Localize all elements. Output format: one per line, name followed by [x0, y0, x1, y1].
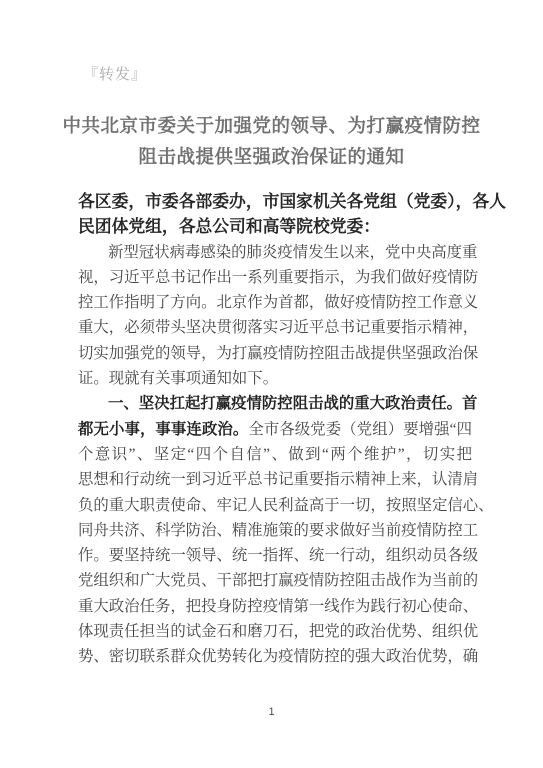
- text-segment: 势、密切联系群众优势转化为疫情防控的强大政治优势，确: [78, 648, 478, 665]
- text-line: 一、坚决扛起打赢疫情防控阻击战的重大政治责任。首: [78, 391, 472, 416]
- document-page: 『转发』 中共北京市委关于加强党的领导、为打赢疫情防控 阻击战提供坚强政治保证的…: [0, 0, 543, 768]
- text-segment: 负的重大职责使命、牢记人民利益高于一切，按照坚定信心、: [78, 497, 494, 514]
- text-segment: 思想和行动统一到习近平总书记重要指示精神上来，认清肩: [78, 471, 478, 488]
- text-segment: 重大，必须带头坚决贯彻落实习近平总书记重要指示精神，: [78, 319, 478, 336]
- text-segment: 体现责任担当的试金石和磨刀石，把党的政治优势、组织优: [78, 623, 478, 640]
- title-line-1: 中共北京市委关于加强党的领导、为打赢疫情防控: [30, 112, 513, 143]
- text-line: 控工作指明了方向。北京作为首都，做好疫情防控工作意义: [78, 290, 472, 315]
- text-segment: 同舟共济、科学防治、精准施策的要求做好当前疫情防控工: [78, 522, 478, 539]
- text-line: 作。要坚持统一领导、统一指挥、统一行动，组织动员各级: [78, 543, 472, 568]
- text-line: 各区委，市委各部委办，市国家机关各党组（党委），各人: [78, 189, 472, 214]
- text-line: 视，习近平总书记作出一系列重要指示，为我们做好疫情防: [78, 265, 472, 290]
- text-line: 都无小事，事事连政治。全市各级党委（党组）要增强“四: [78, 417, 472, 442]
- bold-text-segment: 都无小事，事事连政治。: [78, 421, 248, 438]
- page-number: 1: [0, 706, 543, 718]
- text-segment: 作。要坚持统一领导、统一指挥、统一行动，组织动员各级: [78, 547, 478, 564]
- text-segment: 党组织和广大党员、干部把打赢疫情防控阻击战作为当前的: [78, 572, 478, 589]
- text-line: 切实加强党的领导，为打赢疫情防控阻击战提供坚强政治保: [78, 341, 472, 366]
- text-line: 同舟共济、科学防治、精准施策的要求做好当前疫情防控工: [78, 518, 472, 543]
- text-line: 重大，必须带头坚决贯彻落实习近平总书记重要指示精神，: [78, 315, 472, 340]
- bold-text-segment: 一、坚决扛起打赢疫情防控阻击战的重大政治责任。首: [108, 395, 477, 412]
- text-line: 思想和行动统一到习近平总书记重要指示精神上来，认清肩: [78, 467, 472, 492]
- paragraph-section-1: 一、坚决扛起打赢疫情防控阻击战的重大政治责任。首都无小事，事事连政治。全市各级党…: [78, 391, 472, 669]
- text-line: 体现责任担当的试金石和磨刀石，把党的政治优势、组织优: [78, 619, 472, 644]
- text-line: 势、密切联系群众优势转化为疫情防控的强大政治优势，确: [78, 644, 472, 669]
- text-line: 新型冠状病毒感染的肺炎疫情发生以来，党中央高度重: [78, 240, 472, 265]
- document-title: 中共北京市委关于加强党的领导、为打赢疫情防控 阻击战提供坚强政治保证的通知: [30, 112, 513, 174]
- text-segment: 新型冠状病毒感染的肺炎疫情发生以来，党中央高度重: [108, 244, 477, 261]
- text-segment: 重大政治任务，把投身防控疫情第一线作为践行初心使命、: [78, 598, 478, 615]
- bold-text-segment: 各区委，市委各部委办，市国家机关各党组（党委），各人: [78, 192, 506, 211]
- text-segment: 全市各级党委（党组）要增强“四: [248, 421, 472, 438]
- text-segment: 控工作指明了方向。北京作为首都，做好疫情防控工作意义: [78, 294, 478, 311]
- text-segment: 个意识”、坚定“四个自信”、做到“两个维护”，切实把: [78, 446, 472, 463]
- bold-text-segment: 民团体党组，各总公司和高等院校党委：: [78, 217, 380, 236]
- paragraph-intro: 新型冠状病毒感染的肺炎疫情发生以来，党中央高度重视，习近平总书记作出一系列重要指…: [78, 240, 472, 392]
- text-line: 个意识”、坚定“四个自信”、做到“两个维护”，切实把: [78, 442, 472, 467]
- text-line: 党组织和广大党员、干部把打赢疫情防控阻击战作为当前的: [78, 568, 472, 593]
- text-line: 证。现就有关事项通知如下。: [78, 366, 472, 391]
- forward-tag: 『转发』: [83, 63, 147, 84]
- text-line: 重大政治任务，把投身防控疫情第一线作为践行初心使命、: [78, 594, 472, 619]
- text-line: 负的重大职责使命、牢记人民利益高于一切，按照坚定信心、: [78, 493, 472, 518]
- body-text: 各区委，市委各部委办，市国家机关各党组（党委），各人民团体党组，各总公司和高等院…: [78, 189, 472, 670]
- text-segment: 视，习近平总书记作出一系列重要指示，为我们做好疫情防: [78, 269, 478, 286]
- text-line: 民团体党组，各总公司和高等院校党委：: [78, 214, 472, 239]
- paragraph-salutation: 各区委，市委各部委办，市国家机关各党组（党委），各人民团体党组，各总公司和高等院…: [78, 189, 472, 240]
- text-segment: 切实加强党的领导，为打赢疫情防控阻击战提供坚强政治保: [78, 345, 478, 362]
- title-line-2: 阻击战提供坚强政治保证的通知: [30, 143, 513, 174]
- text-segment: 证。现就有关事项通知如下。: [78, 370, 278, 387]
